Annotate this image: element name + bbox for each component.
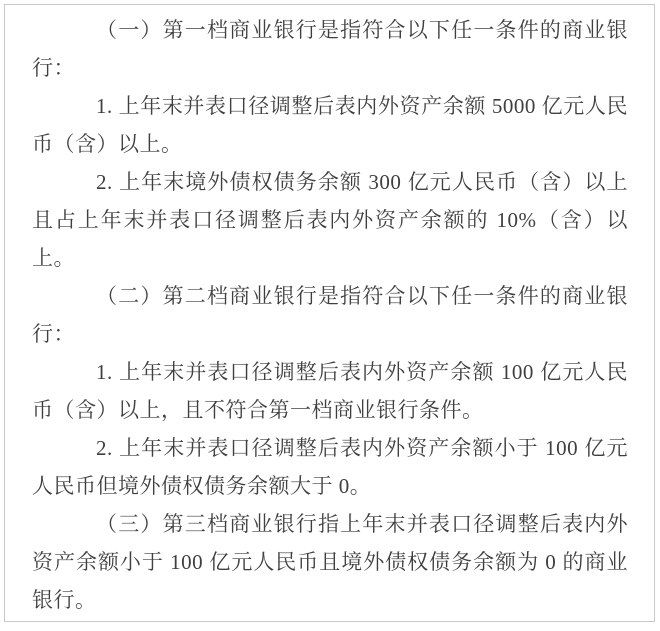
paragraph-tier2-item2: 2. 上年末并表口径调整后表内外资产余额小于 100 亿元人民币但境外债权债务余… <box>32 429 628 505</box>
paragraph-tier1-item2: 2. 上年末境外债权债务余额 300 亿元人民币（含）以上且占上年末并表口径调整… <box>32 163 628 277</box>
paragraph-tier1-item1: 1. 上年末并表口径调整后表内外资产余额 5000 亿元人民币（含）以上。 <box>32 87 628 163</box>
paragraph-tier3-definition: （三）第三档商业银行指上年末并表口径调整后表内外资产余额小于 100 亿元人民币… <box>32 505 628 619</box>
paragraph-tier1-heading: （一）第一档商业银行是指符合以下任一条件的商业银行： <box>32 11 628 87</box>
document-content: （一）第一档商业银行是指符合以下任一条件的商业银行： 1. 上年末并表口径调整后… <box>5 5 654 619</box>
paragraph-tier2-heading: （二）第二档商业银行是指符合以下任一条件的商业银行： <box>32 277 628 353</box>
document-page: （一）第一档商业银行是指符合以下任一条件的商业银行： 1. 上年末并表口径调整后… <box>4 4 655 622</box>
paragraph-tier2-item1: 1. 上年末并表口径调整后表内外资产余额 100 亿元人民币（含）以上，且不符合… <box>32 353 628 429</box>
